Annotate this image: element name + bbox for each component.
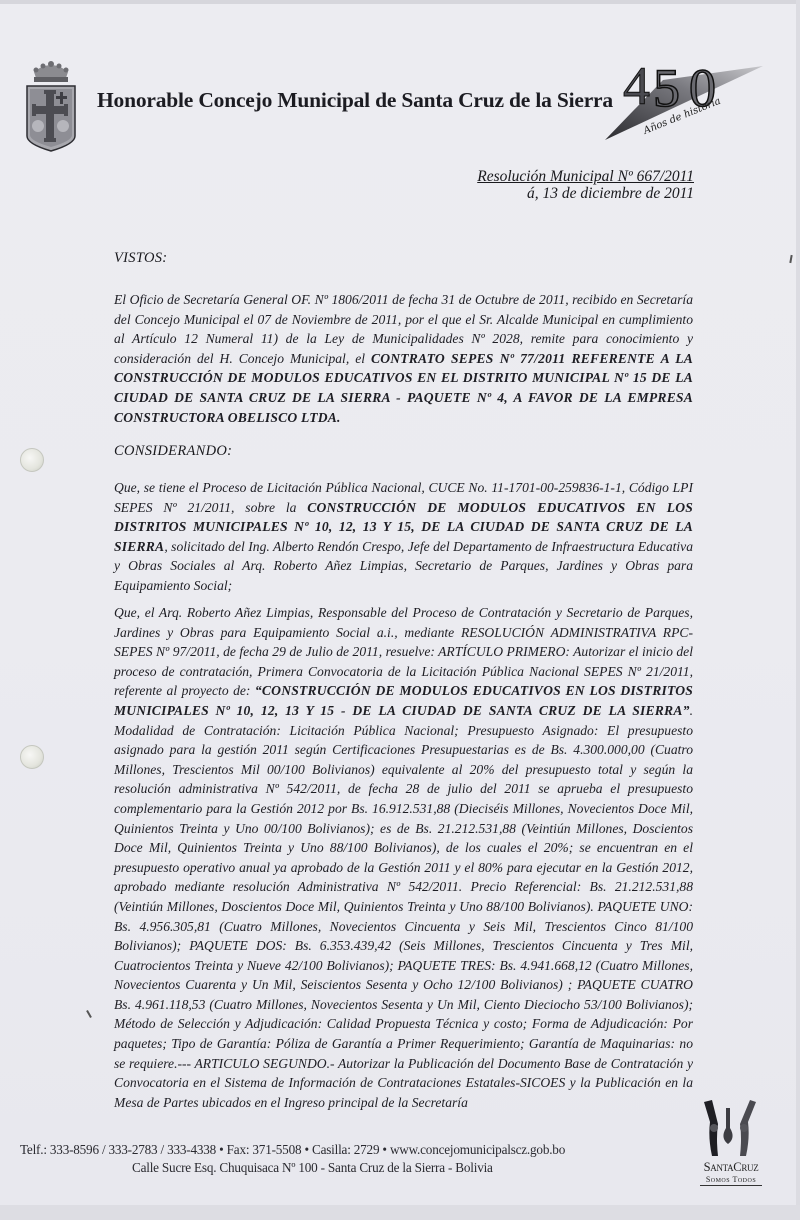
vistos-heading: VISTOS:	[114, 250, 167, 267]
svg-text:4: 4	[623, 56, 650, 116]
santa-cruz-logo-text: SantaCruz	[700, 1160, 762, 1175]
scan-right-edge	[796, 0, 800, 1220]
punch-hole-top	[20, 448, 44, 472]
resolution-date: á, 13 de diciembre de 2011	[477, 185, 694, 202]
vistos-paragraph: El Oficio de Secretaría General OF. Nº 1…	[114, 290, 693, 427]
considerando-heading: CONSIDERANDO:	[114, 443, 232, 460]
council-title: Honorable Concejo Municipal de Santa Cru…	[97, 88, 613, 113]
resolution-number: Resolución Municipal Nº 667/2011	[477, 168, 694, 185]
punch-hole-bottom	[20, 745, 44, 769]
footer-address-line: Calle Sucre Esq. Chuquisaca Nº 100 - San…	[132, 1160, 493, 1176]
svg-text:5: 5	[653, 58, 680, 118]
anniversary-450-logo-icon: 4 5 0 Años de historia	[603, 46, 773, 142]
scan-mark	[789, 255, 792, 263]
coat-of-arms-icon	[18, 48, 84, 152]
scan-mark	[86, 1010, 92, 1018]
paragraph-2-text-b: . Modalidad de Contratación: Licitación …	[114, 703, 693, 1110]
considerando-paragraph-1: Que, se tiene el Proceso de Licitación P…	[114, 478, 693, 596]
resolution-block: Resolución Municipal Nº 667/2011 á, 13 d…	[477, 168, 694, 202]
document-page: Honorable Concejo Municipal de Santa Cru…	[0, 0, 800, 1220]
scan-top-edge	[0, 0, 800, 4]
santa-cruz-logo-tagline: Somos Todos	[700, 1175, 762, 1186]
footer-contact-line: Telf.: 333-8596 / 333-2783 / 333-4338 • …	[20, 1142, 565, 1158]
scan-bottom-edge	[0, 1205, 800, 1220]
considerando-paragraph-2: Que, el Arq. Roberto Añez Limpias, Respo…	[114, 603, 693, 1112]
paragraph-1-text-b: , solicitado del Ing. Alberto Rendón Cre…	[114, 539, 693, 593]
